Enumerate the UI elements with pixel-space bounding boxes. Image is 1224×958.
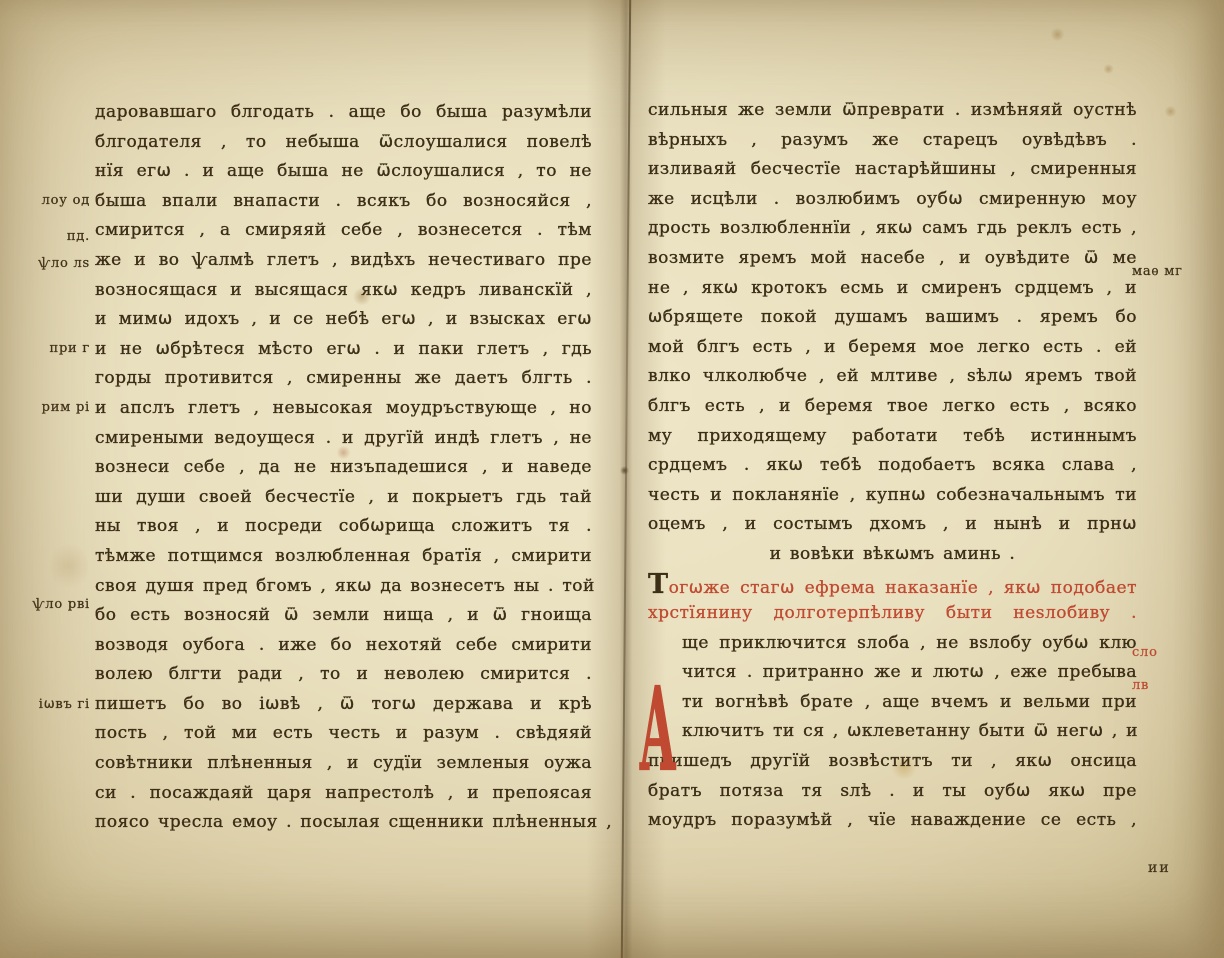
text-line: му приходящему работати тебѣ истиннымъ	[648, 422, 1137, 452]
text-line: мой блгъ есть , и беремя мое легко есть …	[648, 333, 1137, 363]
text-line: и не ѡбрѣтеся мѣсто егѡ . и паки глетъ ,…	[95, 335, 592, 365]
text-line: ны твоя , и посреди собѡрища сложитъ тя …	[95, 512, 592, 542]
paper-stain	[1103, 64, 1114, 74]
text-line: своя душя пред бгомъ , якѡ да вознесетъ …	[95, 572, 592, 602]
margin-note: лв	[1132, 678, 1218, 693]
text-line: пость , той ми есть честь и разум . свѣд…	[95, 719, 592, 749]
text-line: ѡбрящете покой душамъ вашимъ . яремъ бо	[648, 303, 1137, 333]
text-line: ключитъ ти ся , ѡклеветанну быти ѿ негѡ …	[648, 717, 1137, 747]
text-line: влко члколюбче , ей млтиве , ѕѣлѡ яремъ …	[648, 362, 1137, 392]
text-line: не , якѡ кротокъ есмь и смиренъ срдцемъ …	[648, 274, 1137, 304]
margin-note: при г	[14, 341, 90, 356]
text-line: моудръ поразумѣй , чїе наваждение се ест…	[648, 806, 1137, 836]
margin-note: маѳ мг	[1132, 264, 1218, 279]
text-line: ши души своей бесчестїе , и покрыетъ гдь…	[95, 483, 592, 513]
margin-note: сло	[1132, 645, 1218, 660]
text-line: возводя оубога . иже бо нехотяй себе сми…	[95, 631, 592, 661]
text-line: тѣмже потщимся возлюбленная братїя , сми…	[95, 542, 592, 572]
text-line: же исцѣли . возлюбимъ оубѡ смиренную моу	[648, 185, 1137, 215]
text-line: вознеси себе , да не низъпадешися , и на…	[95, 453, 592, 483]
text-line: честь и покланянїе , купнѡ собезначальны…	[648, 481, 1137, 511]
margin-note: рим рі	[14, 400, 90, 415]
text-line: хрстїянину долготерпѣливу быти неѕлобиву…	[648, 599, 1137, 629]
margin-note: ѱло лѕ	[14, 256, 90, 271]
text-line: блгъ есть , и беремя твое легко есть , в…	[648, 392, 1137, 422]
right-page-margin-references: маѳ мгслолвии	[1132, 0, 1218, 958]
left-page-margin-references: лоу одпд.ѱло лѕпри грим ріѱло рвііѡвъ гі	[14, 0, 90, 958]
text-line: оцемъ , и состымъ дхомъ , и нынѣ и прнѡ	[648, 510, 1137, 540]
margin-note: лоу од	[14, 193, 90, 208]
left-page-text: даровавшаго блгодать . аще бо быша разум…	[95, 98, 592, 838]
margin-note: пд.	[14, 229, 90, 244]
text-line: же и во ѱалмѣ глетъ , видѣхъ нечестиваго…	[95, 246, 592, 276]
text-line: нїя егѡ . и аще быша не ѿслоушалися , то…	[95, 157, 592, 187]
text-line: и апслъ глетъ , невысокая моудръствующе …	[95, 394, 592, 424]
text-line: и мимѡ идохъ , и се небѣ егѡ , и взысках…	[95, 305, 592, 335]
text-line: вѣрныхъ , разумъ же старецъ оувѣдѣвъ .	[648, 126, 1137, 156]
text-line: даровавшаго блгодать . аще бо быша разум…	[95, 98, 592, 128]
text-line: совѣтники плѣненныя , и судїи земленыя о…	[95, 749, 592, 779]
text-line: бо есть возносяй ѿ земли нища , и ѿ гнои…	[95, 601, 592, 631]
text-line: Тогѡже стагѡ ефрема наказанїе , якѡ подо…	[648, 570, 1137, 600]
margin-note: іѡвъ гі	[14, 697, 90, 712]
text-line: смиреными ведоущеся . и другїй индѣ глет…	[95, 424, 592, 454]
margin-note: ии	[1132, 860, 1224, 876]
text-line: срдцемъ . якѡ тебѣ подобаетъ всяка слава…	[648, 451, 1137, 481]
book-spread: лоу одпд.ѱло лѕпри грим ріѱло рвііѡвъ гі…	[0, 0, 1224, 958]
text-line: и вовѣки вѣкѡмъ аминь .	[648, 540, 1137, 570]
drop-cap-initial: А	[639, 642, 659, 830]
text-line: блгодателя , то небыша ѿслоушалися повел…	[95, 128, 592, 158]
text-line: волею блгти ради , то и неволею смирится…	[95, 660, 592, 690]
text-line: ти вогнѣвѣ брате , аще вчемъ и вельми пр…	[648, 688, 1137, 718]
text-line: братъ потяза тя ѕлѣ . и ты оубѡ якѡ пре	[648, 777, 1137, 807]
text-line: пишетъ бо во іѡвѣ , ѿ тогѡ держава и крѣ	[95, 690, 592, 720]
margin-note: ѱло рві	[14, 597, 90, 612]
text-line: дрость возлюбленнїи , якѡ самъ гдь реклъ…	[648, 214, 1137, 244]
text-line: возмите яремъ мой насебе , и оувѣдите ѿ …	[648, 244, 1137, 274]
paper-stain	[1050, 28, 1065, 41]
text-line: изливаяй бесчестїе настарѣйшины , смирен…	[648, 155, 1137, 185]
text-line: поясо чресла емоу . посылая сщенники плѣ…	[95, 808, 592, 838]
text-line: сильныя же земли ѿпреврати . измѣняяй оу…	[648, 96, 1137, 126]
right-page-text: сильныя же земли ѿпреврати . измѣняяй оу…	[648, 96, 1137, 836]
text-line: горды противится , смиренны же даетъ блг…	[95, 364, 592, 394]
text-line: си . посаждаяй царя напрестолѣ , и препо…	[95, 779, 592, 809]
text-line: быша впали внапасти . всякъ бо возносяйс…	[95, 187, 592, 217]
text-line: ще приключится ѕлоба , не вѕлобу оубѡ кл…	[648, 629, 1137, 659]
text-line: чится . притранно же и лютѡ , еже пребыв…	[648, 658, 1137, 688]
text-line: возносящася и высящася якѡ кедръ ливанск…	[95, 276, 592, 306]
text-line: смирится , а смиряяй себе , вознесется .…	[95, 216, 592, 246]
text-line: пришедъ другїй возвѣститъ ти , якѡ онсиц…	[648, 747, 1137, 777]
